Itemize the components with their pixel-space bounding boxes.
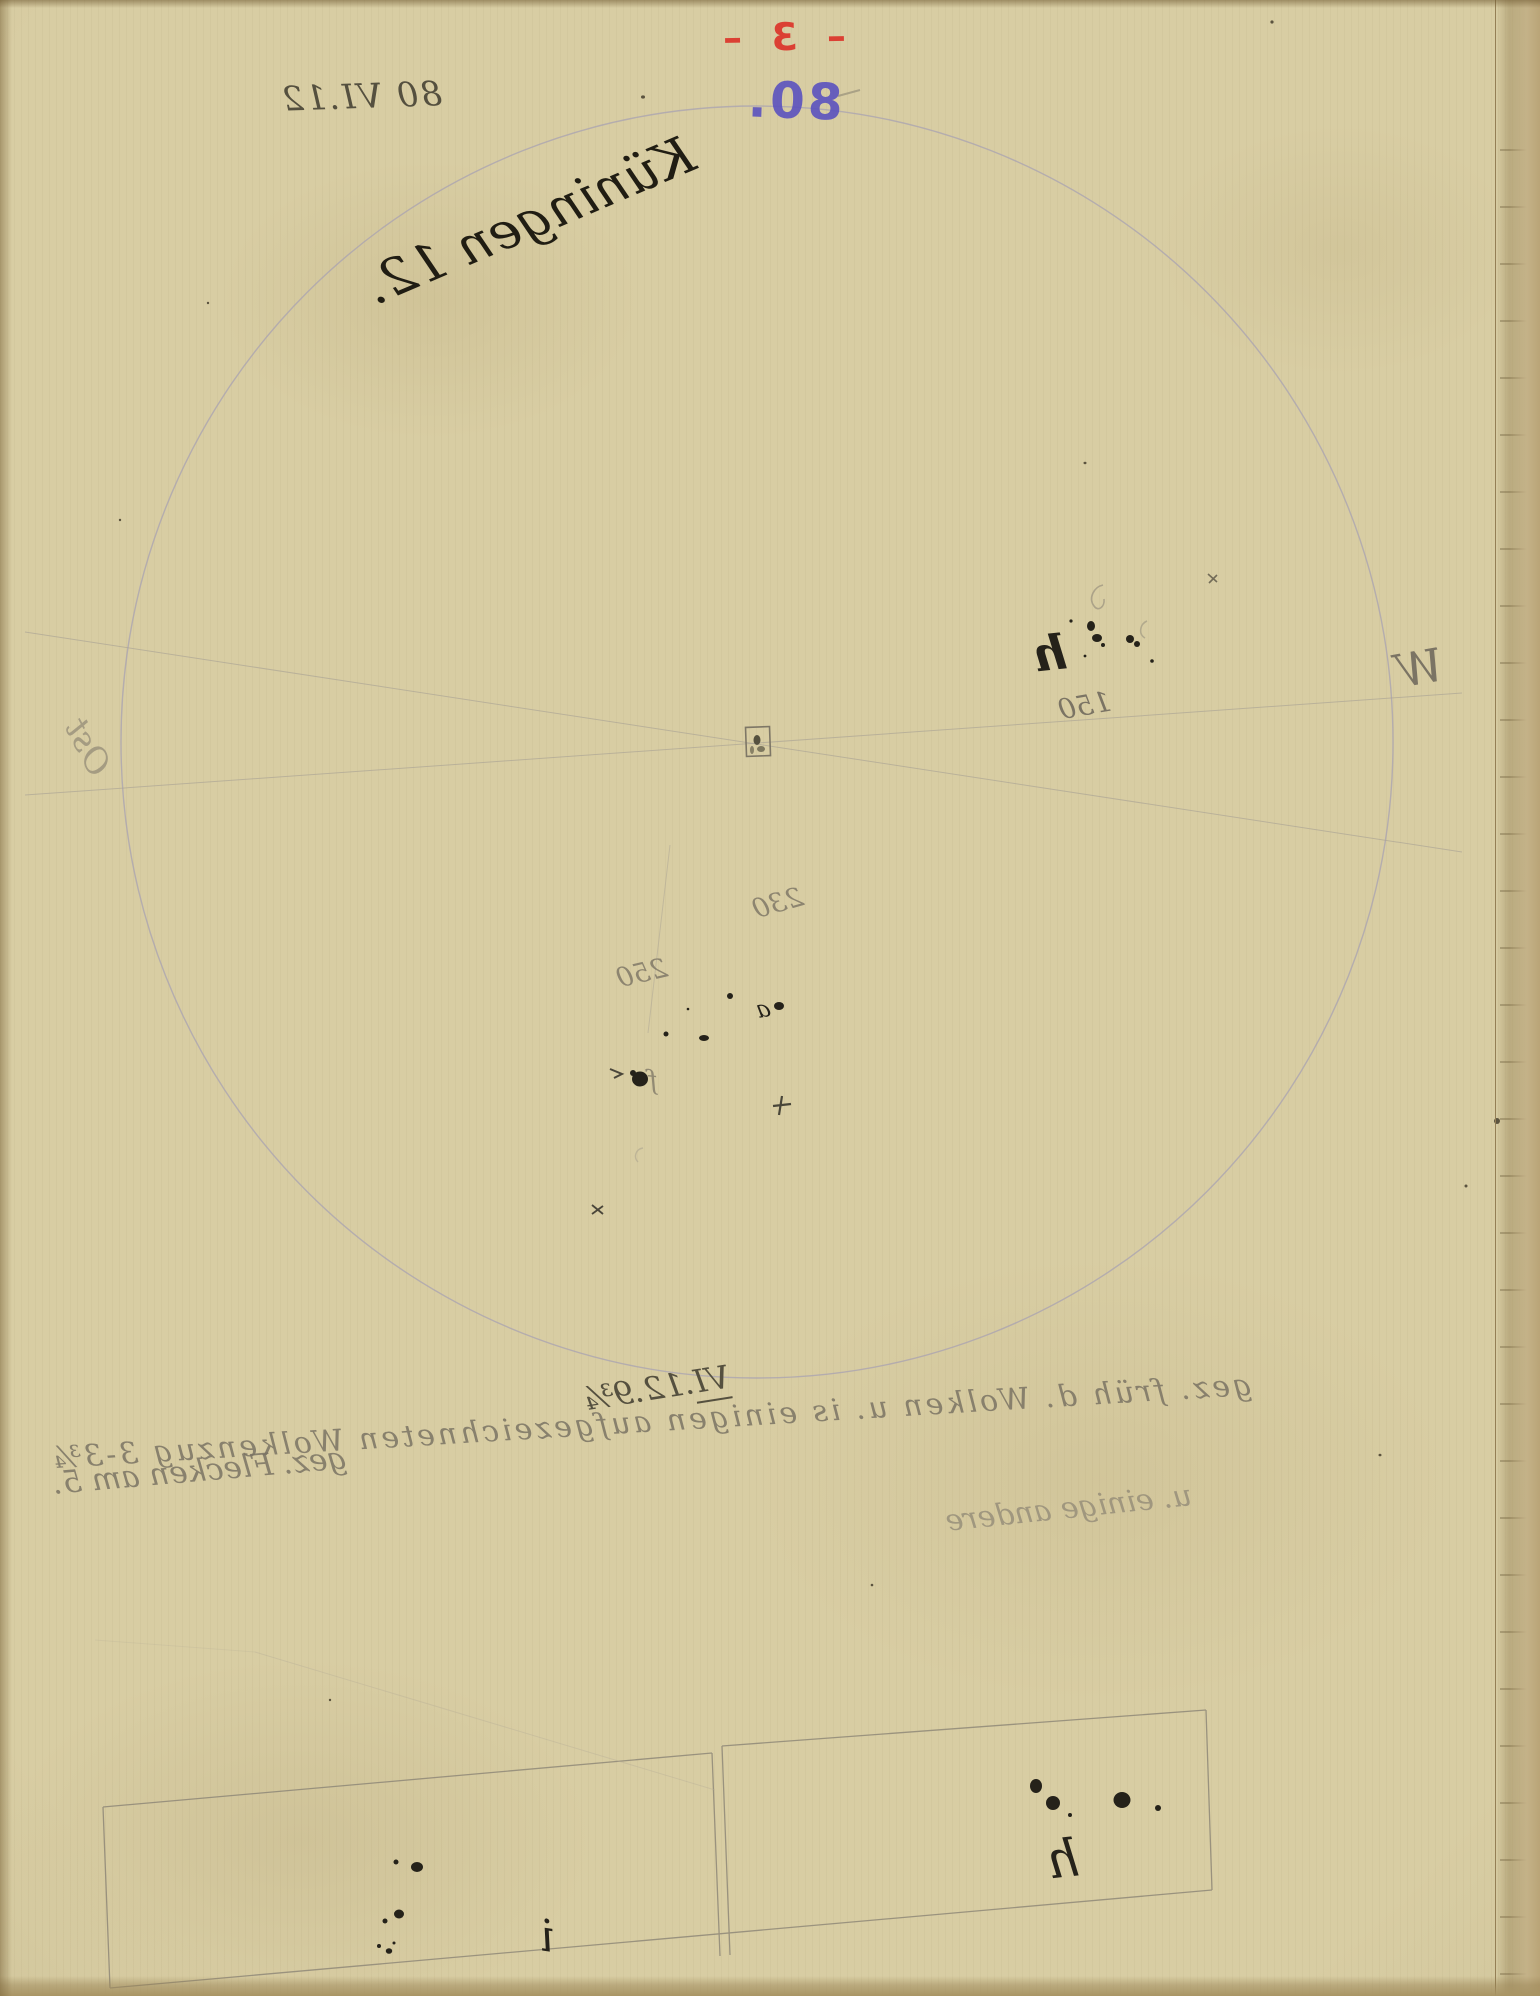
strip-top-right-edge (722, 1710, 1206, 1746)
sunspot-group-lower-spot (727, 993, 733, 999)
sunspot-group-lower-spot (664, 1032, 669, 1037)
sunspot-group-lower-spot (699, 1035, 709, 1041)
blue-number-stamp: 80. (744, 74, 843, 127)
strip-divider-line (712, 1753, 720, 1956)
paper-crease (95, 1640, 255, 1652)
strip-right-panel-letter: h (1043, 1832, 1082, 1887)
sunspot-group-h-spot (1087, 621, 1095, 631)
sunspot-group-h-spot (1084, 655, 1087, 658)
center-smudge (754, 735, 761, 745)
arrow-mark (610, 1069, 622, 1078)
paper-flecks-spot (1270, 20, 1273, 23)
sunspot-group-h-spot (1150, 659, 1154, 663)
center-smudge (757, 746, 765, 752)
paper-flecks-spot (207, 302, 209, 304)
pencil-guide-line (648, 845, 670, 1033)
strip-right-spots-spot (1068, 1813, 1072, 1817)
strip-spots-layer (377, 1779, 1161, 1954)
strip-bottom-edge (110, 1890, 1212, 1988)
limb-label-west-text: W (1392, 641, 1447, 695)
sunspot-group-h-spot (1134, 641, 1140, 647)
corner-date-note: 80 VI.12 (279, 77, 442, 117)
corner-date-text: 80 VI.12 (279, 77, 442, 117)
red-page-number-text: – 3 – (714, 17, 846, 57)
paper-flecks-spot (119, 519, 121, 521)
sunspot-group-h-spot (1126, 635, 1134, 643)
sunspot-group-lower-spot (687, 1008, 690, 1011)
strip-right-spots-spot (1046, 1796, 1060, 1810)
orientation-line-b (25, 693, 1462, 795)
sunspot-group-lower-spot (630, 1070, 636, 1076)
strip-left-spots-spot (383, 1919, 388, 1924)
sunspot-group-lower-spot (774, 1002, 784, 1010)
strip-divider-line (722, 1746, 730, 1955)
pencil-curl-mark (1141, 621, 1147, 638)
strip-right-panel-letter-text: h (1043, 1832, 1082, 1887)
sunspot-group-h-spot (1101, 643, 1105, 647)
group-h-letter-text: h (1030, 628, 1070, 679)
sunspot-group-h-spot (1069, 619, 1072, 622)
strip-left-edge (103, 1807, 110, 1988)
sunspot-group-h-spot (1092, 634, 1102, 642)
strip-right-spots-spot (1114, 1792, 1131, 1808)
red-page-number: – 3 – (700, 17, 861, 58)
paper-flecks-spot (329, 1699, 331, 1701)
paper-flecks-spot (1494, 1118, 1500, 1124)
strip-right-spots-spot (1155, 1805, 1161, 1811)
paper-flecks-spot (1465, 1185, 1468, 1188)
drawing-layer (0, 0, 1540, 1996)
pencil-curl-mark (1092, 585, 1105, 609)
paper-flecks-spot (871, 1584, 874, 1587)
limb-label-west: W (1392, 641, 1447, 695)
group-h-letter: h (1030, 628, 1070, 679)
center-smudge (750, 746, 754, 754)
pencil-curl-mark (636, 1148, 643, 1162)
paper-crease (255, 1652, 715, 1790)
strip-top-left-edge (103, 1753, 712, 1807)
orientation-line-a (25, 632, 1462, 852)
blue-number-stamp-text: 80. (744, 74, 843, 127)
strip-right-edge (1206, 1710, 1212, 1890)
paper-flecks-spot (1379, 1454, 1382, 1457)
scanned-sheet: 80 VI.12 – 3 – 80. Küningen 12. W Ost h … (0, 0, 1540, 1996)
paper-flecks-spot (641, 95, 645, 98)
strip-left-spots-spot (411, 1862, 423, 1872)
roman-month: VI (691, 1358, 733, 1404)
strip-right-spots-spot (1030, 1779, 1042, 1793)
x-mark (1208, 574, 1217, 583)
strip-left-spots-spot (393, 1942, 396, 1945)
x-mark (592, 1205, 603, 1214)
paper-flecks-spot (1084, 462, 1087, 464)
binding-ticks-layer (1500, 150, 1533, 1974)
strip-left-spots-spot (386, 1948, 392, 1954)
strip-left-spots-spot (394, 1910, 404, 1919)
strip-left-spots-spot (394, 1860, 399, 1865)
plus-cross-mark (773, 1096, 791, 1115)
strip-left-spots-spot (377, 1944, 381, 1948)
